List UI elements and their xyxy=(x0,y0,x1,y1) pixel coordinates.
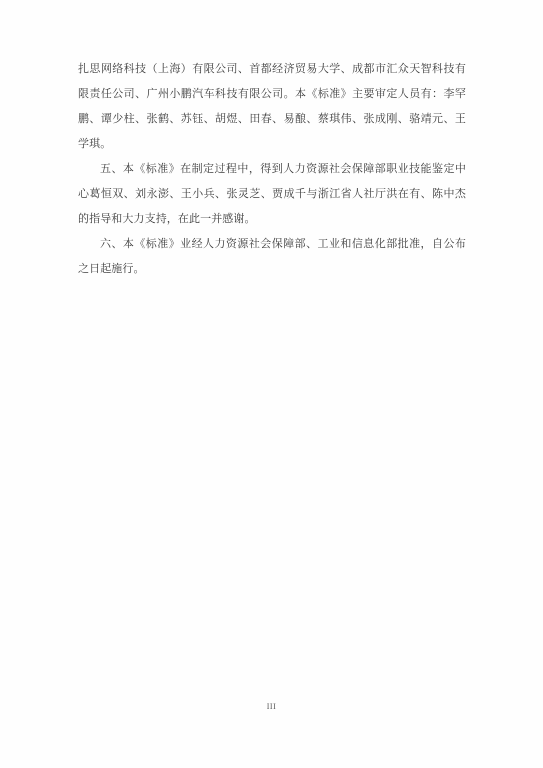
page-number: III xyxy=(0,701,543,713)
paragraph-acknowledgements: 五、本《标准》在制定过程中，得到人力资源社会保障部职业技能鉴定中心葛恒双、刘永澎… xyxy=(78,157,466,232)
paragraph-drafting-organizations-continued: 扎思网络科技（上海）有限公司、首都经济贸易大学、成都市汇众天智科技有限责任公司、… xyxy=(78,57,466,157)
paragraph-approval-and-effective-date: 六、本《标准》业经人力资源社会保障部、工业和信息化部批准，自公布之日起施行。 xyxy=(78,232,466,282)
document-body: 扎思网络科技（上海）有限公司、首都经济贸易大学、成都市汇众天智科技有限责任公司、… xyxy=(78,57,466,282)
document-page: 扎思网络科技（上海）有限公司、首都经济贸易大学、成都市汇众天智科技有限责任公司、… xyxy=(0,0,543,768)
